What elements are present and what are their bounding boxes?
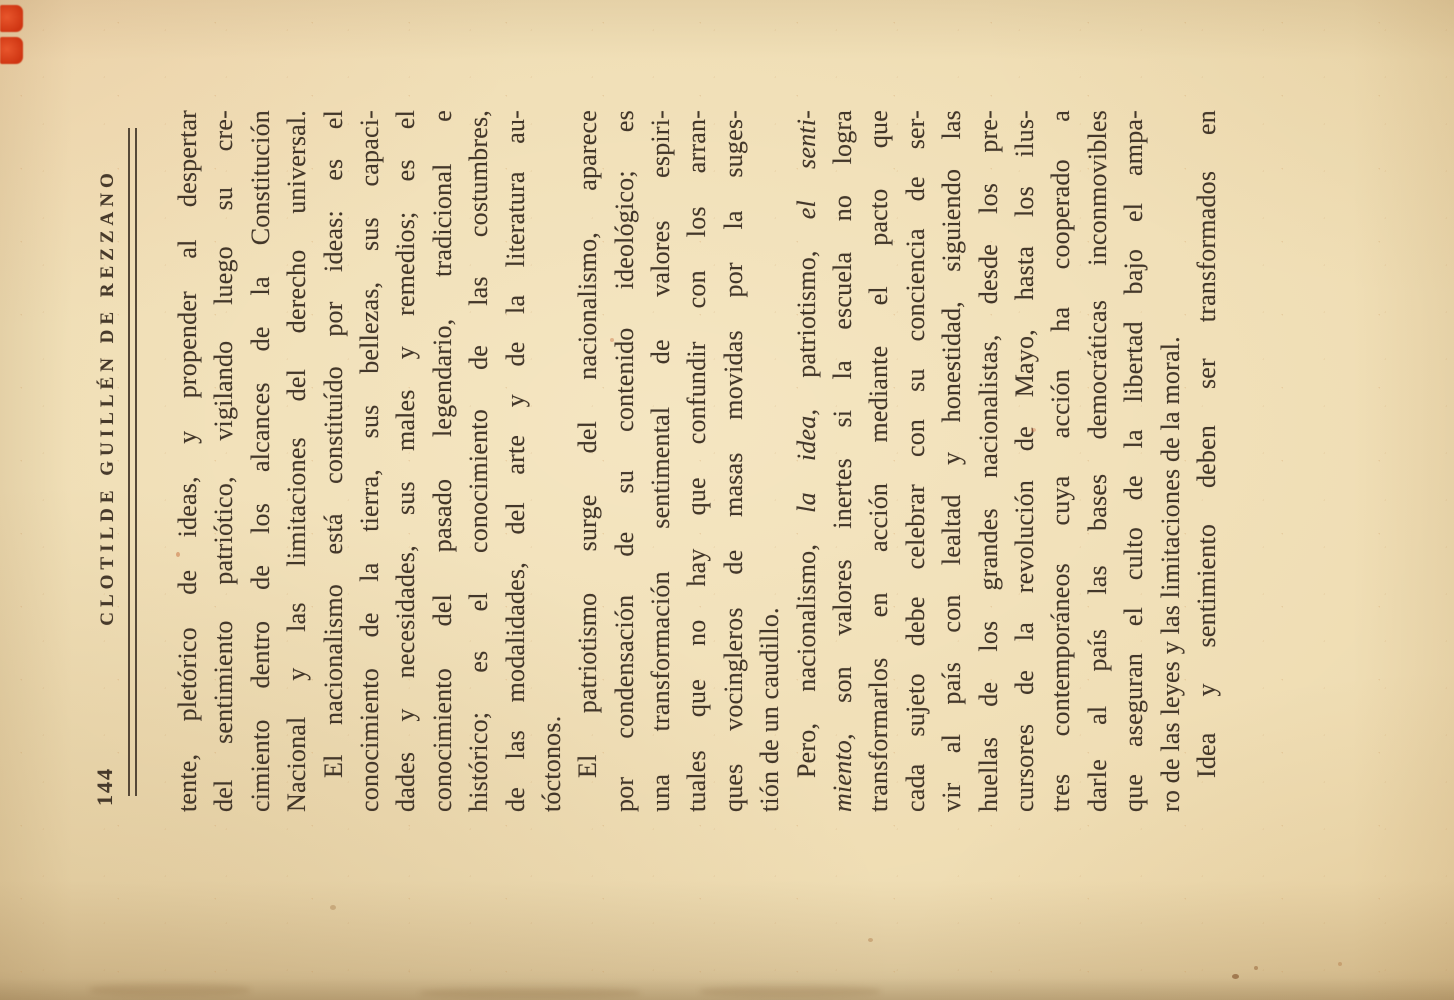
text-line: El patriotismo surge del nacionalismo, a… [570, 110, 606, 812]
paper-speck [176, 552, 180, 557]
paper-speck [1254, 966, 1258, 970]
page-edge-shadow [0, 978, 1454, 1000]
text-segment: cimiento dentro de los alcances de la Co… [246, 110, 275, 812]
text-line: miento, son valores inertes si la escuel… [825, 110, 861, 812]
text-segment: huellas de los grandes nacionalistas, de… [974, 110, 1003, 812]
text-segment: de las modalidades, del arte y de la lit… [501, 110, 530, 812]
italic-text-segment: miento, [828, 733, 857, 812]
text-segment: Pero, nacionalismo, [792, 513, 821, 778]
text-line: Nacional y las limitaciones del derecho … [279, 110, 315, 812]
text-segment: son valores inertes si la escuela no log… [828, 110, 857, 733]
red-edge-mark [0, 37, 23, 64]
text-line: tuales que no hay que confundir con los … [679, 110, 715, 812]
paper-speck [868, 938, 873, 942]
text-line: cimiento dentro de los alcances de la Co… [243, 110, 279, 812]
page-content: 144 CLOTILDE GUILLÉN DE REZZANO tente, p… [0, 110, 1454, 812]
text-line: cada sujeto debe celebrar con su concien… [898, 110, 934, 812]
paper-speck [1338, 962, 1342, 966]
scanned-page-background: 144 CLOTILDE GUILLÉN DE REZZANO tente, p… [0, 0, 1454, 1000]
text-segment: patriotismo, [792, 219, 821, 409]
text-segment: cursores de la revolución de Mayo, hasta… [1010, 110, 1039, 812]
text-segment: Nacional y las limitaciones del derecho … [282, 110, 311, 812]
text-line: huellas de los grandes nacionalistas, de… [971, 110, 1007, 812]
text-segment: transformarlos en acción mediante el pac… [864, 110, 893, 812]
text-line: ro de las leyes y las limitaciones de la… [1153, 110, 1189, 812]
text-segment: una transformación sentimental de valore… [646, 110, 675, 812]
text-line: Idea y sentimiento deben ser transformad… [1189, 110, 1225, 812]
italic-text-segment: la idea, [792, 409, 821, 513]
text-segment: El nacionalismo está constituído por ide… [319, 110, 348, 778]
text-line: cursores de la revolución de Mayo, hasta… [1007, 110, 1043, 812]
text-line: darle al país las bases democráticas inc… [1080, 110, 1116, 812]
text-segment: tión de un caudillo. [755, 607, 784, 812]
text-segment: conocimiento de la tierra, sus bellezas,… [355, 110, 384, 812]
text-segment: conocimiento del pasado legendario, trad… [428, 110, 457, 812]
text-line: tóctonos. [534, 110, 570, 812]
text-line: una transformación sentimental de valore… [643, 110, 679, 812]
body-text: tente, pletórico de ideas, y propender a… [170, 110, 1225, 812]
text-segment: Idea y sentimiento deben ser transformad… [1192, 110, 1221, 778]
text-segment: del sentimiento patriótico, vigilando lu… [209, 110, 238, 812]
paper-speck [610, 338, 614, 342]
red-edge-mark [0, 5, 23, 32]
text-line: tente, pletórico de ideas, y propender a… [170, 110, 206, 812]
italic-text-segment: el senti- [792, 110, 821, 219]
text-line: ques vocingleros de masas movidas por la… [716, 110, 752, 812]
text-line: histórico; es el conocimiento de las cos… [461, 110, 497, 812]
text-segment: por condensación de su contenido ideológ… [610, 110, 639, 812]
text-segment: vir al país con lealtad y honestidad, si… [937, 110, 966, 812]
text-segment: ro de las leyes y las limitaciones de la… [1156, 336, 1185, 812]
page-number: 144 [92, 767, 118, 806]
text-line: del sentimiento patriótico, vigilando lu… [206, 110, 242, 812]
text-line: conocimiento de la tierra, sus bellezas,… [352, 110, 388, 812]
text-line: El nacionalismo está constituído por ide… [316, 110, 352, 812]
text-line: dades y necesidades, sus males y remedio… [388, 110, 424, 812]
running-header: CLOTILDE GUILLÉN DE REZZANO [97, 77, 119, 717]
text-line: conocimiento del pasado legendario, trad… [425, 110, 461, 812]
text-segment: dades y necesidades, sus males y remedio… [391, 110, 420, 812]
text-line: por condensación de su contenido ideológ… [607, 110, 643, 812]
text-segment: que aseguran el culto de la libertad baj… [1119, 110, 1148, 812]
text-segment: tres contemporáneos cuya acción ha coope… [1046, 110, 1075, 812]
text-segment: ques vocingleros de masas movidas por la… [719, 110, 748, 812]
book-page: 144 CLOTILDE GUILLÉN DE REZZANO tente, p… [0, 0, 1454, 1000]
text-segment: tóctonos. [537, 716, 566, 812]
text-segment: darle al país las bases democráticas inc… [1083, 110, 1112, 812]
header-double-rule [128, 128, 137, 796]
text-line: que aseguran el culto de la libertad baj… [1116, 110, 1152, 812]
text-segment: El patriotismo surge del nacionalismo, a… [573, 110, 602, 778]
text-segment: tente, pletórico de ideas, y propender a… [173, 110, 202, 812]
text-line: tión de un caudillo. [752, 110, 788, 812]
text-segment: tuales que no hay que confundir con los … [682, 110, 711, 812]
text-line: tres contemporáneos cuya acción ha coope… [1043, 110, 1079, 812]
text-line: de las modalidades, del arte y de la lit… [498, 110, 534, 812]
text-segment: cada sujeto debe celebrar con su concien… [901, 110, 930, 812]
paper-speck [330, 905, 336, 910]
text-segment: histórico; es el conocimiento de las cos… [464, 110, 493, 812]
paper-speck [1031, 428, 1036, 432]
text-line: transformarlos en acción mediante el pac… [861, 110, 897, 812]
text-line: Pero, nacionalismo, la idea, patriotismo… [789, 110, 825, 812]
text-line: vir al país con lealtad y honestidad, si… [934, 110, 970, 812]
